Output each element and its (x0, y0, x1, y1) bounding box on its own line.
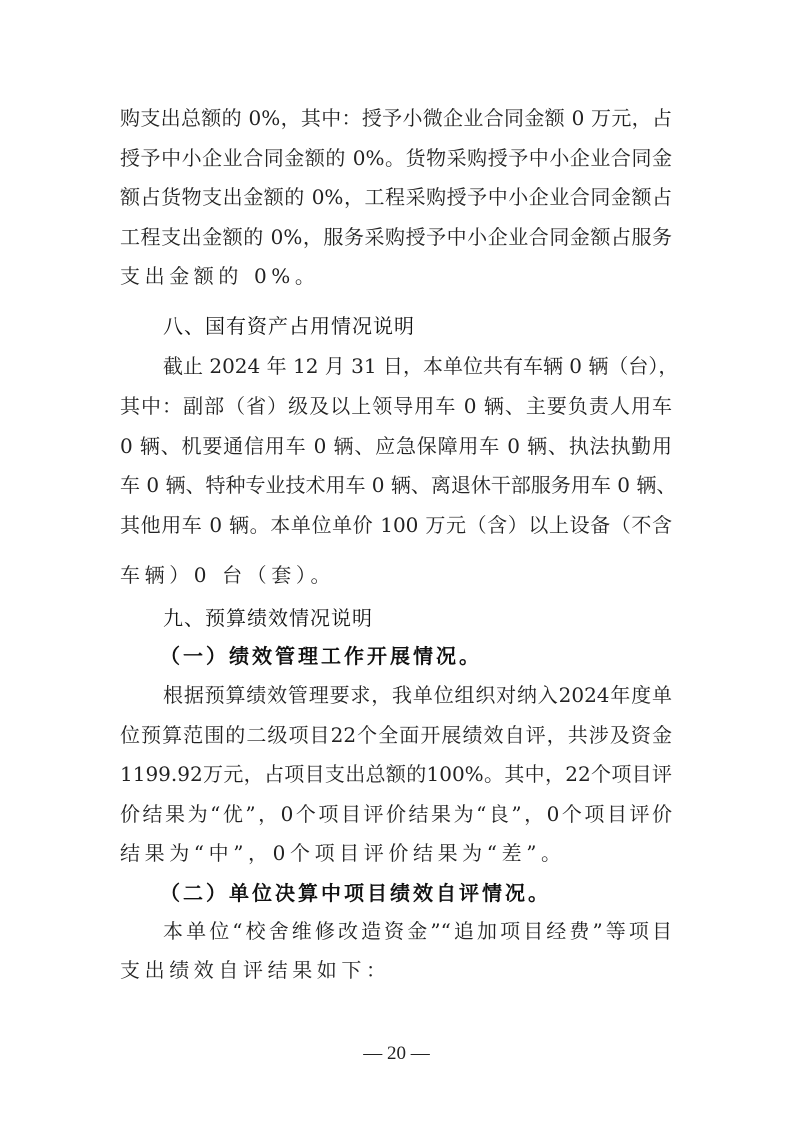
paragraph-line: 购支出总额的 0%，其中：授予小微企业合同金额 0 万元，占 (120, 103, 672, 133)
paragraph-line: 车辆）0 台（套）。 (120, 560, 672, 590)
page-number: — 20 — (0, 1040, 793, 1068)
paragraph-line: 1199.92万元，占项目支出总额的100%。其中，22个项目评 (120, 759, 672, 789)
paragraph-line: 其中：副部（省）级及以上领导用车 0 辆、主要负责人用车 (120, 391, 672, 421)
paragraph-line: 工程支出金额的 0%，服务采购授予中小企业合同金额占服务 (120, 222, 672, 252)
paragraph-line: 授予中小企业合同金额的 0%。货物采购授予中小企业合同金 (120, 143, 672, 173)
paragraph-line: 支出金额的 0%。 (120, 261, 672, 291)
paragraph-line: 额占货物支出金额的 0%，工程采购授予中小企业合同金额占 (120, 182, 672, 212)
paragraph-line: 本单位“校舍维修改造资金”“追加项目经费”等项目 (163, 916, 672, 946)
subsection-heading-performance-management: （一）绩效管理工作开展情况。 (160, 641, 482, 671)
document-page: 购支出总额的 0%，其中：授予小微企业合同金额 0 万元，占 授予中小企业合同金… (0, 0, 793, 1122)
paragraph-line: 根据预算绩效管理要求，我单位组织对纳入2024年度单 (163, 680, 672, 710)
paragraph-line: 价结果为“优”，0个项目评价结果为“良”，0个项目评价 (120, 799, 672, 829)
section-heading-state-assets: 八、国有资产占用情况说明 (163, 311, 415, 341)
paragraph-line: 位预算范围的二级项目22个全面开展绩效自评，共涉及资金 (120, 720, 672, 750)
section-heading-budget-performance: 九、预算绩效情况说明 (163, 603, 373, 633)
subsection-heading-project-self-evaluation: （二）单位决算中项目绩效自评情况。 (160, 878, 551, 908)
paragraph-line: 结果为“中”，0个项目评价结果为“差”。 (120, 838, 672, 868)
paragraph-line: 0 辆、机要通信用车 0 辆、应急保障用车 0 辆、执法执勤用 (120, 431, 672, 461)
paragraph-line: 支出绩效自评结果如下： (120, 955, 672, 985)
paragraph-line: 车 0 辆、特种专业技术用车 0 辆、离退休干部服务用车 0 辆、 (120, 470, 672, 500)
paragraph-line: 其他用车 0 辆。本单位单价 100 万元（含）以上设备（不含 (120, 510, 672, 540)
paragraph-line: 截止 2024 年 12 月 31 日，本单位共有车辆 0 辆（台）， (163, 351, 672, 381)
